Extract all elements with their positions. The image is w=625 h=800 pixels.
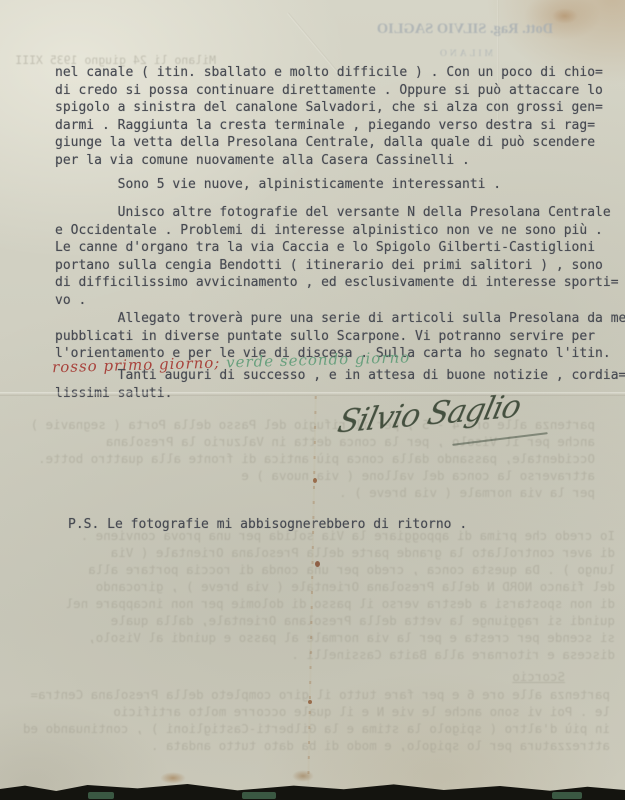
horizontal-fold-crease [0, 392, 625, 396]
scan-edge-green-patch [242, 792, 276, 799]
scan-background-edge [0, 780, 625, 800]
scan-edge-green-patch [88, 792, 114, 799]
stain-bottom-left [160, 772, 186, 784]
rust-spot [308, 700, 312, 704]
letter-page: Dott. Rag. SILVIO SAGLIO MILANO Milano l… [0, 0, 625, 800]
rust-spot [313, 478, 317, 483]
faint-crease-top-right [497, 0, 499, 120]
stain-top-right [552, 8, 578, 24]
paragraph-3: Unisco altre fotografie del versante N d… [55, 204, 615, 309]
bleedthrough-block-a: partenza alle ore 4 - 5 , per il rifugio… [10, 416, 595, 501]
postscript: P.S. Le fotografie mi abbisognerebbero d… [68, 516, 625, 534]
bleedthrough-letterhead-city: MILANO [395, 46, 535, 63]
bleedthrough-block-c-title: Scorcio [495, 668, 565, 685]
stain-bottom-center [292, 770, 314, 782]
bleedthrough-letterhead: Dott. Rag. SILVIO SAGLIO [360, 21, 570, 38]
scan-edge-green-patch [552, 792, 582, 799]
paragraph-2: Sono 5 vie nuove, alpinisticamente inter… [55, 176, 615, 194]
paragraph-1: nel canale ( itin. sballato e molto diff… [55, 64, 615, 169]
rust-spot [315, 561, 320, 567]
bleedthrough-block-b: Io credo che prima di appoggiare la Via … [0, 527, 615, 663]
